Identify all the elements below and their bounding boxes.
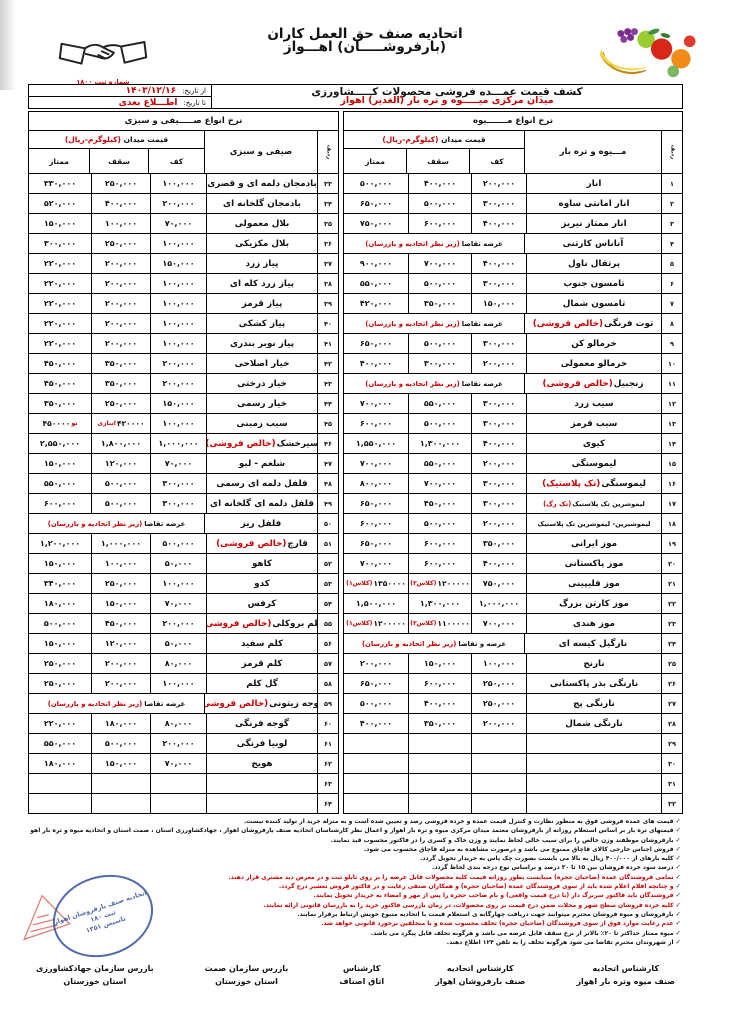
- row-number: ۱۷: [661, 494, 682, 513]
- price-cell: ۱۵۰,۰۰۰: [91, 594, 150, 613]
- price-cell: ۲۵۰,۰۰۰: [471, 694, 526, 713]
- price-with-tag: (کلاس۲)۱۱۰۰۰۰۰: [410, 619, 470, 628]
- item-name: بلال مکزیکی: [206, 234, 317, 253]
- item-name-text: توت فرنگی: [604, 319, 653, 329]
- row-number: ۴۲: [317, 354, 338, 373]
- table-row: ۵پرتقال ناول۴۰۰,۰۰۰۷۰۰,۰۰۰۹۰۰,۰۰۰: [344, 254, 682, 274]
- row-number: ۱۰: [661, 354, 682, 373]
- table-row: ۵۳کدو۱۰۰,۰۰۰۲۵۰,۰۰۰۳۴۰,۰۰۰: [29, 574, 338, 594]
- price-number: ۴۵۰۰۰۰: [43, 419, 71, 428]
- price-tag-red: (کلاس۲): [410, 620, 436, 627]
- premium-header: ممتاز: [344, 149, 406, 173]
- item-name-text: کاهو: [252, 559, 272, 569]
- price-cell: ۴۰۰,۰۰۰: [408, 694, 471, 713]
- price-subheaders: کف سقف ممتاز: [344, 149, 524, 173]
- price-cell: ۵۵۰,۰۰۰: [344, 274, 408, 293]
- price-cell: ۵۰,۰۰۰: [150, 554, 206, 573]
- check-icon: ✓: [676, 938, 681, 946]
- check-icon: ✓: [676, 882, 681, 890]
- price-cell: ۶۰۰,۰۰۰: [408, 214, 471, 233]
- table-row: ۱۴کیوی۴۰۰,۰۰۰۱,۳۰۰,۰۰۰۱,۵۵۰,۰۰۰: [344, 434, 682, 454]
- supply-demand-text: عرضه تقاضا: [462, 380, 503, 388]
- footnote-text: کلیه بارهای از ۴۰۰/۰۰۰ ریال به بالا می ب…: [420, 855, 673, 862]
- signature-org: صنف بارفروشان اهواز: [435, 975, 525, 988]
- price-cell: ۳۰۰,۰۰۰: [29, 234, 91, 253]
- price-cell: ۱۰۰,۰۰۰: [91, 554, 150, 573]
- price-cell: ۱۰۰,۰۰۰: [150, 274, 206, 293]
- price-cell: ۱,۰۰۰,۰۰۰: [471, 594, 526, 613]
- price-cell: ۳۵۰,۰۰۰: [29, 394, 91, 413]
- item-name: نارنگی بذر پاکستانی: [526, 674, 661, 693]
- price-cell: ۶۰۰,۰۰۰: [408, 674, 471, 693]
- price-cell: ۳۰۰,۰۰۰: [408, 354, 471, 373]
- item-name-text: گوجه فرنگی: [235, 719, 289, 729]
- supply-demand-text: عرضه و تقاضا: [458, 640, 506, 648]
- row-number: ۴۳: [317, 374, 338, 393]
- item-name-text: کدو: [254, 579, 270, 589]
- price-cell: ۵۵۰,۰۰۰: [408, 454, 471, 473]
- price-cell: ۳۰۰,۰۰۰: [471, 474, 526, 493]
- item-name-red: (خالص فروشی): [542, 379, 612, 389]
- price-cell: ۳۰۰,۰۰۰: [471, 334, 526, 353]
- price-cell: ۲۵۰,۰۰۰: [29, 674, 91, 693]
- table-row: ۴۶سیرخشک(خالص فروشی)۱,۰۰۰,۰۰۰۱,۸۰۰,۰۰۰۲,…: [29, 434, 338, 454]
- supply-demand-red: (زیر نظر اتحادیه و بازرسان): [48, 700, 142, 708]
- item-name: [206, 794, 317, 813]
- price-cell: ۱۵۰,۰۰۰: [29, 454, 91, 473]
- item-name: سیب زرد: [526, 394, 661, 413]
- row-number: ۱۱: [661, 374, 682, 393]
- supply-demand-text: عرضه تقاضا: [144, 520, 185, 528]
- item-name: خرمالو کن: [526, 334, 661, 353]
- price-cell: ۲۲۰,۰۰۰: [29, 254, 91, 273]
- row-number: ۶۳: [317, 774, 338, 793]
- price-number: ۱۲۰۰۰۰۰: [373, 619, 405, 628]
- from-date-value: ۱۴۰۳/۱۲/۱۶: [126, 86, 177, 96]
- item-name: بادمجان دلمه ای و قصری: [206, 174, 317, 193]
- item-name-text: نارنج: [583, 659, 604, 669]
- price-cell: ۲۰۰,۰۰۰: [91, 254, 150, 273]
- price-cell: ۵۵۰,۰۰۰: [29, 734, 91, 753]
- table-row: ۵۵کلم بروکلی(خالص فروشی)۲۰۰,۰۰۰۴۵۰,۰۰۰۵۰…: [29, 614, 338, 634]
- row-number: ۲۳: [661, 614, 682, 633]
- table-row: ۳۶بلال مکزیکی۱۰۰,۰۰۰۲۵۰,۰۰۰۳۰۰,۰۰۰: [29, 234, 338, 254]
- check-icon: ✓: [676, 901, 681, 909]
- table-row: ۴آناناس کارتنیعرضه تقاضا (زیر نظر اتحادی…: [344, 234, 682, 254]
- price-cell: ۸۰,۰۰۰: [150, 714, 206, 733]
- price-cell: ۵۵۰,۰۰۰: [408, 394, 471, 413]
- veg-band-title: نرخ انواع صـــــیفی و سبزی: [29, 112, 338, 131]
- price-cell: [471, 754, 526, 773]
- price-cell: ۵۰۰,۰۰۰: [150, 534, 206, 553]
- price-cell: ۶۰۰,۰۰۰: [408, 534, 471, 553]
- price-cell: [29, 774, 91, 793]
- price-cell: ۲۲۰,۰۰۰: [29, 714, 91, 733]
- item-name: فلفل دلمه ای گلخانه ای: [206, 494, 317, 513]
- row-number: ۱۵: [661, 454, 682, 473]
- signature-org: صنف میوه وتره بار اهواز: [576, 975, 675, 988]
- signature-block: بازرس سازمان صمتاستان خوزستان: [205, 962, 289, 988]
- row-number: ۱۹: [661, 534, 682, 553]
- supply-demand-text: عرضه تقاضا: [462, 240, 503, 248]
- item-name: پیاز قرمز: [206, 294, 317, 313]
- signature-block: بازرس سازمان جهادکشاورزیاستان خوزستان: [36, 962, 154, 988]
- item-name-text: کیوی: [583, 439, 605, 449]
- to-date-row: تا تاریخ: اطـــلاع بعدی: [29, 96, 211, 108]
- check-icon: ✓: [676, 817, 681, 825]
- title-band: کشف قیمت عمـــده فروشی محصولات کـــــشاو…: [28, 84, 683, 109]
- signature-role: کارشناس: [339, 962, 384, 975]
- item-name-red: (تک رگ): [543, 500, 571, 508]
- table-row: ۵۴کرفس۷۰,۰۰۰۱۵۰,۰۰۰۱۸۰,۰۰۰: [29, 594, 338, 614]
- price-cell: ۱,۲۰۰,۰۰۰: [29, 534, 91, 553]
- price-cell: ۵۵۰,۰۰۰: [29, 474, 91, 493]
- price-cell: ۳۵۰,۰۰۰: [91, 354, 150, 373]
- footnote-text: بارفروشان و میوه فروشان محترم میتوانند ج…: [297, 911, 673, 918]
- item-name-text: موز کارتن بزرگ: [559, 599, 629, 609]
- table-row: ۲۴نارگیل کیسه ایعرضه و تقاضا (زیر نظر ات…: [344, 634, 682, 654]
- row-number: ۵۰: [317, 514, 338, 533]
- table-row: ۲۱موز فلیپینی۷۵۰,۰۰۰(کلاس۲)۱۲۰۰۰۰۰(کلاس۱…: [344, 574, 682, 594]
- row-number: ۵: [661, 254, 682, 273]
- price-cell: ۷۰۰,۰۰۰: [408, 254, 471, 273]
- price-cell: ۲۰۰,۰۰۰: [150, 614, 206, 633]
- price-cell: ۱۰۰,۰۰۰: [150, 674, 206, 693]
- item-name-text: سیب زمینی: [236, 419, 287, 429]
- item-name-text: موز ایرانی: [571, 539, 617, 549]
- table-row: ۲۳موز هندی۷۰۰,۰۰۰(کلاس۲)۱۱۰۰۰۰۰(کلاس۱)۱۲…: [344, 614, 682, 634]
- row-number: ۱: [661, 174, 682, 193]
- handshake-icon: [55, 24, 151, 78]
- row-number: ۲۰: [661, 554, 682, 573]
- footnote-text: فروش اجناس خارجی کالای قاچاق ممنوع می با…: [364, 846, 674, 853]
- item-name: پرتقال ناول: [526, 254, 661, 273]
- item-name-text: نارنگی بذر پاکستانی: [550, 679, 638, 689]
- item-name-text: تامسون جنوب: [563, 279, 624, 289]
- row-number: ۲۹: [661, 734, 682, 753]
- item-name-text: نارنگی شمال: [565, 719, 623, 729]
- price-cell: (کلاس۱)۱۲۰۰۰۰۰: [344, 614, 408, 633]
- footnote-line: ✓بارفروشان موظفند وزن خالص را برای سیب خ…: [30, 836, 681, 845]
- table-row: ۳۸پیاز زرد کله ای۱۰۰,۰۰۰۲۰۰,۰۰۰۲۲۰,۰۰۰: [29, 274, 338, 294]
- table-row: ۳۱: [344, 774, 682, 794]
- price-cell: [344, 774, 408, 793]
- item-name-text: خیار اصلاحی: [235, 359, 290, 369]
- price-cell: [150, 774, 206, 793]
- price-cell: ۷۰,۰۰۰: [150, 214, 206, 233]
- row-number: ۳۶: [317, 234, 338, 253]
- item-name-text: قارچ: [287, 539, 307, 549]
- signature-org: استان خوزستان: [205, 975, 289, 988]
- table-row: ۱۸لیموشیرین- لیموشرین تک پلاستیک۲۰۰,۰۰۰۵…: [344, 514, 682, 534]
- price-with-tag: (کلاس۲)۱۲۰۰۰۰۰: [410, 579, 470, 588]
- item-name-text: لیموشیرین- لیموشرین تک پلاستیک: [537, 520, 650, 528]
- item-name-text: نارگیل کیسه ای: [559, 639, 627, 649]
- signature-role: کارشناس اتحادیه: [435, 962, 525, 975]
- price-cell: ۱۵۰,۰۰۰: [29, 634, 91, 653]
- price-cell: ۲۰۰,۰۰۰: [471, 174, 526, 193]
- item-name: انار امانتی ساوه: [526, 194, 661, 213]
- item-name: فلفل دلمه ای رسمی: [206, 474, 317, 493]
- check-icon: ✓: [676, 891, 681, 899]
- item-name: بادمجان گلخانه ای: [206, 194, 317, 213]
- item-name-text: موز فلیپینی: [568, 579, 620, 589]
- item-name-text: انار: [587, 179, 602, 189]
- ceiling-header: سقف: [406, 149, 469, 173]
- price-cell: [344, 754, 408, 773]
- row-number: ۵۵: [317, 614, 338, 633]
- price-cell: ۷۰۰,۰۰۰: [344, 554, 408, 573]
- row-number: ۳۰: [661, 754, 682, 773]
- item-name-text: خیار درختی: [237, 379, 287, 389]
- supply-demand-text: عرضه تقاضا: [144, 700, 185, 708]
- signature-role: بازرس سازمان صمت: [205, 962, 289, 975]
- footnote-text: تمامی فروشندگان عمده (صاحبان حجره) میبای…: [229, 874, 674, 881]
- table-row: ۲۷نارنگی پج۲۵۰,۰۰۰۴۰۰,۰۰۰۵۰۰,۰۰۰: [344, 694, 682, 714]
- price-sheet: کشف قیمت عمـــده فروشی محصولات کـــــشاو…: [28, 84, 683, 947]
- price-cell: ۵۰۰,۰۰۰: [344, 174, 408, 193]
- premium-header: ممتاز: [29, 149, 89, 173]
- table-row: ۱۲سیب زرد۳۰۰,۰۰۰۵۵۰,۰۰۰۷۰۰,۰۰۰: [344, 394, 682, 414]
- price-cell: ۴۰۰,۰۰۰: [471, 254, 526, 273]
- price-cell: ۲۰۰,۰۰۰: [471, 354, 526, 373]
- item-name-red: (خالص فروشی): [206, 619, 271, 629]
- row-number: ۶۴: [317, 794, 338, 813]
- item-name-text: سیب زرد: [574, 399, 613, 409]
- footnote-text: عدم رعایت موارد فوق از سوی فروشندگان (صا…: [321, 920, 673, 927]
- price-cell: ۲۰۰,۰۰۰: [471, 454, 526, 473]
- price-cell: [150, 794, 206, 813]
- price-cell: ۳۴۰,۰۰۰: [29, 574, 91, 593]
- table-row: ۱انار۲۰۰,۰۰۰۴۰۰,۰۰۰۵۰۰,۰۰۰: [344, 174, 682, 194]
- row-number: ۳۲: [661, 794, 682, 813]
- price-cell: ۴۰۰,۰۰۰: [471, 554, 526, 573]
- price-cell: [408, 774, 471, 793]
- footnote-text: میوه ممتاز حداکثر تا ۲۰٪ بالاتر از نرخ س…: [371, 930, 674, 937]
- price-cell: ۱۵۰,۰۰۰: [29, 554, 91, 573]
- row-number: ۲: [661, 194, 682, 213]
- item-name-text: فلفل دلمه ای رسمی: [216, 479, 307, 489]
- row-number: ۴۰: [317, 314, 338, 333]
- item-name-text: لیموشرین تک پلاستیک: [572, 500, 645, 508]
- price-number: ۱۱۰۰۰۰۰: [437, 619, 469, 628]
- item-name: کلم قرمز: [206, 654, 317, 673]
- price-cell: [408, 754, 471, 773]
- floor-header: کف: [469, 149, 524, 173]
- row-number: ۴۹: [317, 494, 338, 513]
- item-name: تامسون شمال: [526, 294, 661, 313]
- item-name: موز پاکستانی: [526, 554, 661, 573]
- ceiling-header: سقف: [89, 149, 148, 173]
- row-number: ۱۳: [661, 414, 682, 433]
- to-date-value: اطـــلاع بعدی: [119, 98, 178, 108]
- scan-artifact: [0, 0, 16, 90]
- market-subtitle: میدان مرکزی میـــــوه و تره بار (الغدیر)…: [214, 95, 680, 106]
- document-title-box: کشف قیمت عمـــده فروشی محصولات کـــــشاو…: [212, 85, 682, 108]
- check-icon: ✓: [676, 873, 681, 881]
- price-cell: ۵۰۰,۰۰۰: [408, 514, 471, 533]
- price-cell: ۲,۵۵۰,۰۰۰: [29, 434, 91, 453]
- item-name-text: خرمالو کن: [571, 339, 616, 349]
- row-number: ۵۹: [317, 694, 338, 713]
- item-name: پیاز زرد کله ای: [206, 274, 317, 293]
- item-name-text: کلم قرمز: [242, 659, 283, 669]
- row-number: ۲۷: [661, 694, 682, 713]
- item-name-text: سیرخشک: [277, 439, 317, 449]
- fruit-name-header: مـــیوه و تره بار: [524, 131, 661, 173]
- table-row: ۳۳بادمجان دلمه ای و قصری۱۰۰,۰۰۰۲۵۰,۰۰۰۳۳…: [29, 174, 338, 194]
- check-icon: ✓: [676, 919, 681, 927]
- row-number: ۷: [661, 294, 682, 313]
- item-name-text: فلفل دلمه ای گلخانه ای: [210, 499, 314, 509]
- price-cell: ۳۵۰,۰۰۰: [471, 534, 526, 553]
- price-tag-red: (کلاس۱): [346, 580, 372, 587]
- price-cell: ۵۰۰,۰۰۰: [344, 694, 408, 713]
- price-cell: ۶۵۰,۰۰۰: [344, 334, 408, 353]
- table-row: ۴۲خیار اصلاحی۲۰۰,۰۰۰۳۵۰,۰۰۰۴۵۰,۰۰۰: [29, 354, 338, 374]
- check-icon: ✓: [676, 826, 681, 834]
- row-number: ۵۱: [317, 534, 338, 553]
- footnote-line: ✓درصد سود خرده فروشان بین ۱۵ تا ۳۰ درصد …: [30, 863, 681, 872]
- item-name: گل کلم: [206, 674, 317, 693]
- price-number: ۱۳۵۰۰۰۰: [373, 579, 405, 588]
- price-cell: ۷۰۰,۰۰۰: [408, 474, 471, 493]
- price-header: قیمت میدان (کیلوگرم-ریال): [29, 131, 204, 149]
- table-row: ۱۳سیب قرمز۳۰۰,۰۰۰۵۰۰,۰۰۰۶۰۰,۰۰۰: [344, 414, 682, 434]
- item-name-text: فلفل ریز: [241, 519, 281, 529]
- item-name-text: موز پاکستانی: [565, 559, 624, 569]
- supply-demand-red: (زیر نظر اتحادیه و بازرسان): [48, 520, 142, 528]
- row-number: ۲۵: [661, 654, 682, 673]
- price-cell: ۷۰۰,۰۰۰: [471, 614, 526, 633]
- item-name: هویج: [206, 754, 317, 773]
- item-name: موز فلیپینی: [526, 574, 661, 593]
- item-name: [526, 774, 661, 793]
- supply-demand-cell: عرضه تقاضا (زیر نظر اتحادیه و بازرسان): [344, 374, 524, 393]
- price-cell: ۷۵۰,۰۰۰: [344, 214, 408, 233]
- price-cell: ۶۵۰,۰۰۰: [344, 194, 408, 213]
- table-row: ۴۵سیب زمینی۱۰۰,۰۰۰انباری۴۲۰۰۰۰۴۵۰۰۰۰نو: [29, 414, 338, 434]
- from-date-label: از تاریخ:: [182, 87, 206, 95]
- row-number: ۴۱: [317, 334, 338, 353]
- price-cell: [344, 734, 408, 753]
- price-cell: ۱۵۰,۰۰۰: [29, 214, 91, 233]
- price-cell: ۱,۵۵۰,۰۰۰: [344, 434, 408, 453]
- price-cell: ۳۰۰,۰۰۰: [471, 414, 526, 433]
- row-number: ۳۳: [317, 174, 338, 193]
- price-cell: ۵۰۰,۰۰۰: [408, 414, 471, 433]
- table-row: ۵۰فلفل ریزعرضه تقاضا (زیر نظر اتحادیه و …: [29, 514, 338, 534]
- veg-table-body: ۳۳بادمجان دلمه ای و قصری۱۰۰,۰۰۰۲۵۰,۰۰۰۳۳…: [29, 174, 338, 813]
- item-name-text: لوبیا فرنگی: [237, 739, 288, 749]
- price-cell: ۲۰۰,۰۰۰: [471, 714, 526, 733]
- item-name: [526, 734, 661, 753]
- row-number: ۳: [661, 214, 682, 233]
- price-cell: ۱۰۰,۰۰۰: [150, 334, 206, 353]
- price-cell: ۱۸۰,۰۰۰: [91, 714, 150, 733]
- item-name-text: شلغم - لبو: [239, 459, 285, 469]
- price-cell: ۱۰۰,۰۰۰: [471, 654, 526, 673]
- price-cell: ۶۵۰,۰۰۰: [344, 674, 408, 693]
- item-name: گوجه فرنگی: [206, 714, 317, 733]
- footnote-text: قیمتهای تره بار بر اساس استعلام روزانه ا…: [30, 827, 674, 834]
- table-row: ۴۸فلفل دلمه ای رسمی۳۰۰,۰۰۰۵۰۰,۰۰۰۵۵۰,۰۰۰: [29, 474, 338, 494]
- item-name-text: هویج: [251, 759, 272, 769]
- price-cell: ۷۰۰,۰۰۰: [344, 454, 408, 473]
- row-number: ۲۱: [661, 574, 682, 593]
- row-number: ۱۸: [661, 514, 682, 533]
- price-cell: ۲۰۰,۰۰۰: [150, 734, 206, 753]
- item-name: نارنگی شمال: [526, 714, 661, 733]
- fruit-band-title: نرخ انواع مـــــــیوه: [344, 112, 682, 131]
- price-cell: ۷۰۰,۰۰۰: [344, 394, 408, 413]
- price-cell: ۱۵۰,۰۰۰: [91, 754, 150, 773]
- table-row: ۲۶نارنگی بذر پاکستانی۲۵۰,۰۰۰۶۰۰,۰۰۰۶۵۰,۰…: [344, 674, 682, 694]
- row-number: ۶۱: [317, 734, 338, 753]
- price-with-tag: ۴۵۰۰۰۰نو: [43, 419, 78, 428]
- table-row: ۳انار ممتاز نیریز۴۰۰,۰۰۰۶۰۰,۰۰۰۷۵۰,۰۰۰: [344, 214, 682, 234]
- item-name-text: بادمجان گلخانه ای: [223, 199, 301, 209]
- price-tag-red: (کلاس۲): [410, 580, 436, 587]
- price-cell: ۲۵۰,۰۰۰: [29, 654, 91, 673]
- row-number: ۵۶: [317, 634, 338, 653]
- price-cell: [408, 794, 471, 813]
- price-cell: ۲۵۰,۰۰۰: [91, 574, 150, 593]
- price-cell: [91, 774, 150, 793]
- item-name: آناناس کارتنی: [524, 234, 661, 253]
- item-name-text: گوجه زیتونی: [269, 699, 317, 709]
- row-number: ۵۷: [317, 654, 338, 673]
- price-cell: ۱۰۰,۰۰۰: [150, 574, 206, 593]
- item-name-text: خیار رسمی: [237, 399, 287, 409]
- price-cell: ۲۰۰,۰۰۰: [150, 354, 206, 373]
- item-name: لیموسنگی (تک پلاستیک): [526, 474, 661, 493]
- fruit-table: نرخ انواع مـــــــیوه ردیف مـــیوه و تره…: [343, 111, 683, 814]
- supply-demand-red: (زیر نظر اتحادیه و بازرسان): [362, 640, 456, 648]
- price-cell: ۹۰۰,۰۰۰: [344, 254, 408, 273]
- price-cell: ۱۰۰,۰۰۰: [150, 314, 206, 333]
- table-row: ۱۹موز ایرانی۳۵۰,۰۰۰۶۰۰,۰۰۰۶۵۰,۰۰۰: [344, 534, 682, 554]
- vegetable-table: نرخ انواع صـــــیفی و سبزی ردیف صیفی و س…: [28, 111, 339, 814]
- price-cell: ۴۰۰,۰۰۰: [471, 434, 526, 453]
- price-cell: ۶۰۰,۰۰۰: [408, 554, 471, 573]
- footnote-text: کلیه خرده فروشان سطح شهر و محلات ضمن درج…: [264, 902, 674, 909]
- price-cell: ۱,۳۰۰,۰۰۰: [408, 434, 471, 453]
- price-cell: ۱۰۰,۰۰۰: [91, 214, 150, 233]
- item-name-text: لیموسنگی: [601, 479, 646, 489]
- price-cell: [344, 794, 408, 813]
- price-cell: ۲۲۰,۰۰۰: [29, 334, 91, 353]
- price-with-tag: (کلاس۱)۱۲۰۰۰۰۰: [346, 619, 406, 628]
- item-name: کلم سفید: [206, 634, 317, 653]
- table-row: ۳۰: [344, 754, 682, 774]
- price-cell: ۵۰۰,۰۰۰: [29, 614, 91, 633]
- veg-name-header: صیفی و سبزی: [204, 131, 317, 173]
- price-cell: ۶۰۰,۰۰۰: [29, 494, 91, 513]
- price-cell: ۲۲۰,۰۰۰: [29, 314, 91, 333]
- row-number: ۶۰: [317, 714, 338, 733]
- row-number: ۱۲: [661, 394, 682, 413]
- price-cell: ۵۲۰,۰۰۰: [29, 194, 91, 213]
- row-number: ۳۱: [661, 774, 682, 793]
- item-name: موز کارتن بزرگ: [526, 594, 661, 613]
- price-cell: ۵۰۰,۰۰۰: [408, 334, 471, 353]
- price-cell: ۱۵۰,۰۰۰: [150, 394, 206, 413]
- footnote-text: فروشندگان باید فاکتور سربرگ دار (با درج …: [314, 892, 674, 899]
- price-cell: ۲۰۰,۰۰۰: [91, 274, 150, 293]
- row-number-header: ردیف: [317, 131, 338, 173]
- signature-row: کارشناس اتحادیهصنف میوه وتره بار اهوازکا…: [28, 962, 683, 988]
